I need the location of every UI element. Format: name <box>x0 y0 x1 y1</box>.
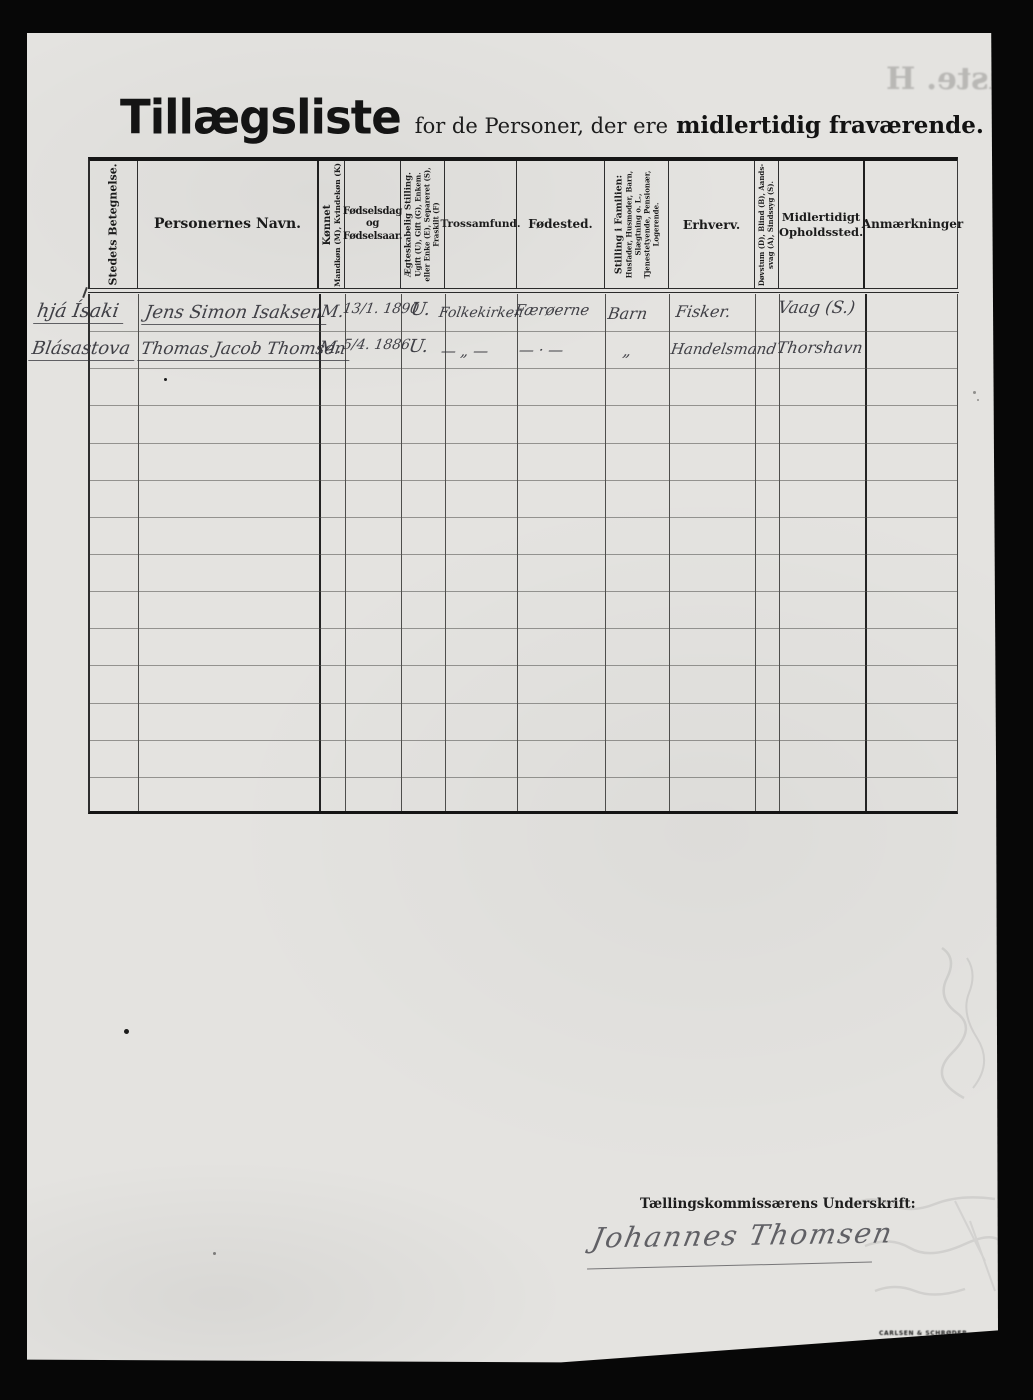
row1-fodested: Færøerne <box>514 301 591 319</box>
col-header-konnet: Kønnet Mandkøn (M), Kvindekøn (K) <box>319 161 345 288</box>
grid-column-line <box>669 294 670 811</box>
col-header-label: Døvstum (D), Blind (B), Aands- <box>758 163 767 285</box>
row2-fodselsdag: 5/4. 1886 <box>342 337 412 353</box>
row2-stedets-betegnelse: Blásastova <box>28 338 138 361</box>
col-header-sublabel: Logerende. <box>651 171 660 279</box>
grid-row-line <box>90 665 957 666</box>
grid-row-line <box>90 703 957 704</box>
row1-stedets-betegnelse: hjá Ísaki <box>33 300 126 324</box>
col-header-aegteskabelig-stilling: Ægteskabelig Stilling. Ugift (U), Gift (… <box>401 161 445 288</box>
col-header-sublabel: Husfader, Husmoder, Barn, <box>624 171 633 279</box>
row1-navn: Jens Simon Isaksen <box>141 302 330 325</box>
col-header-label: Fødselsdag og Fødselsaar. <box>343 206 402 244</box>
col-header-sublabel: svag (A), Sindssyg (S). <box>767 163 776 285</box>
grid-column-line <box>517 294 518 811</box>
col-header-sublabel: eller Enke (E), Separeret (S), <box>423 167 432 281</box>
header-double-rule <box>88 292 959 293</box>
col-header-sublabel: Mandkøn (M), Kvindekøn (K) <box>333 163 342 287</box>
grid-column-line <box>445 294 446 811</box>
scanned-page: liste. H Tillægslistefor de Personer, de… <box>27 33 998 1365</box>
smudge-dot <box>973 391 976 394</box>
grid-column-line <box>605 294 606 811</box>
col-header-label: Stedets Betegnelse. <box>107 163 120 285</box>
col-header-trossamfund: Trossamfund. <box>445 161 517 288</box>
grid-row-line <box>90 591 957 592</box>
col-header-fodested: Fødested. <box>517 161 605 288</box>
col-header-label: Trossamfund. <box>440 218 520 231</box>
grid-column-line <box>779 294 780 811</box>
grid-row-line <box>90 480 957 481</box>
page-title: Tillægslistefor de Personer, der eremidl… <box>120 91 960 144</box>
col-header-stilling-i-familien: Stilling i Familien: Husfader, Husmoder,… <box>605 161 669 288</box>
col-header-midlertidigt-opholdssted: Midlertidigt Opholdssted. <box>779 161 865 288</box>
printer-mark: CARLSEN & SCHRØDER. <box>879 1330 970 1337</box>
grid-row-line <box>90 368 957 369</box>
row1-fodselsdag: 13/1. 1890 <box>342 301 421 317</box>
grid-row-line <box>90 777 957 778</box>
row1-stilling: Barn <box>606 304 648 323</box>
grid-row-line <box>90 740 957 741</box>
col-header-dovstum: Døvstum (D), Blind (B), Aands- svag (A),… <box>755 161 779 288</box>
col-header-label: Stilling i Familien: <box>613 171 624 279</box>
grid-row-line <box>90 628 957 629</box>
col-header-label: Kønnet <box>322 163 333 287</box>
col-header-sublabel: Tjenestetyende, Pensionær, <box>642 171 651 279</box>
row1-erhverv: Fisker. <box>674 302 732 321</box>
row2-opholdssted: Thorshavn <box>775 338 864 357</box>
grid-row-line <box>90 517 957 518</box>
ink-dot <box>213 1252 216 1255</box>
grid-column-line <box>755 294 756 811</box>
row2-aegteskabelig: U. <box>407 336 430 357</box>
table-header: Stedets Betegnelse. Personernes Navn. Kø… <box>88 157 958 289</box>
row2-fodested-ditto: — · — <box>518 341 565 359</box>
scan-background: liste. H Tillægslistefor de Personer, de… <box>0 0 1033 1400</box>
grid-column-line <box>345 294 346 811</box>
col-header-sublabel: Slægtning o. L., <box>633 171 642 279</box>
signature-underline <box>587 1262 872 1270</box>
grid-row-line <box>90 443 957 444</box>
col-header-label: Personernes Navn. <box>154 216 301 234</box>
grid-row-line <box>90 405 957 406</box>
table-body-grid <box>88 294 958 814</box>
grid-column-line <box>401 294 402 811</box>
row1-trossamfund: Folkekirken <box>438 305 525 321</box>
title-mid: for de Personer, der ere <box>415 114 668 138</box>
title-main: Tillægsliste <box>120 90 401 145</box>
row2-erhverv: Handelsmand <box>670 340 778 358</box>
col-header-label: Ægteskabelig Stilling. <box>404 167 414 281</box>
grid-column-line <box>138 294 139 811</box>
ink-dot <box>164 378 167 381</box>
row2-trossamfund-ditto: — „ — <box>440 342 490 360</box>
ghost-handwriting-bottom-right <box>845 1191 1010 1326</box>
col-header-label: Erhverv. <box>683 217 740 233</box>
smudge-dot <box>977 399 979 401</box>
col-header-stedets-betegnelse: Stedets Betegnelse. <box>90 161 138 288</box>
row2-konnet: M. <box>317 338 343 358</box>
col-header-label: Fødested. <box>528 217 592 232</box>
handwritten-tick-mark <box>82 287 88 298</box>
ghost-handwriting-right-margin <box>932 938 992 1108</box>
grid-column-line <box>319 294 321 811</box>
col-header-sublabel: Ugift (U), Gift (G), Enkem. <box>414 167 423 281</box>
col-header-personernes-navn: Personernes Navn. <box>138 161 319 288</box>
grid-row-line <box>90 331 957 332</box>
row1-opholdssted: Vaag (S.) <box>776 298 856 318</box>
grid-row-line <box>90 554 957 555</box>
col-header-label: Midlertidigt Opholdssted. <box>779 210 863 239</box>
col-header-fodselsdag: Fødselsdag og Fødselsaar. <box>345 161 401 288</box>
grid-column-line <box>865 294 867 811</box>
row1-aegteskabelig: U. <box>409 299 432 320</box>
title-bold: midlertidig fraværende. <box>676 112 984 139</box>
ink-dot <box>124 1029 129 1034</box>
col-header-label: Anmærkninger <box>862 217 963 232</box>
col-header-anmaerkninger: Anmærkninger <box>865 161 960 288</box>
col-header-erhverv: Erhverv. <box>669 161 755 288</box>
